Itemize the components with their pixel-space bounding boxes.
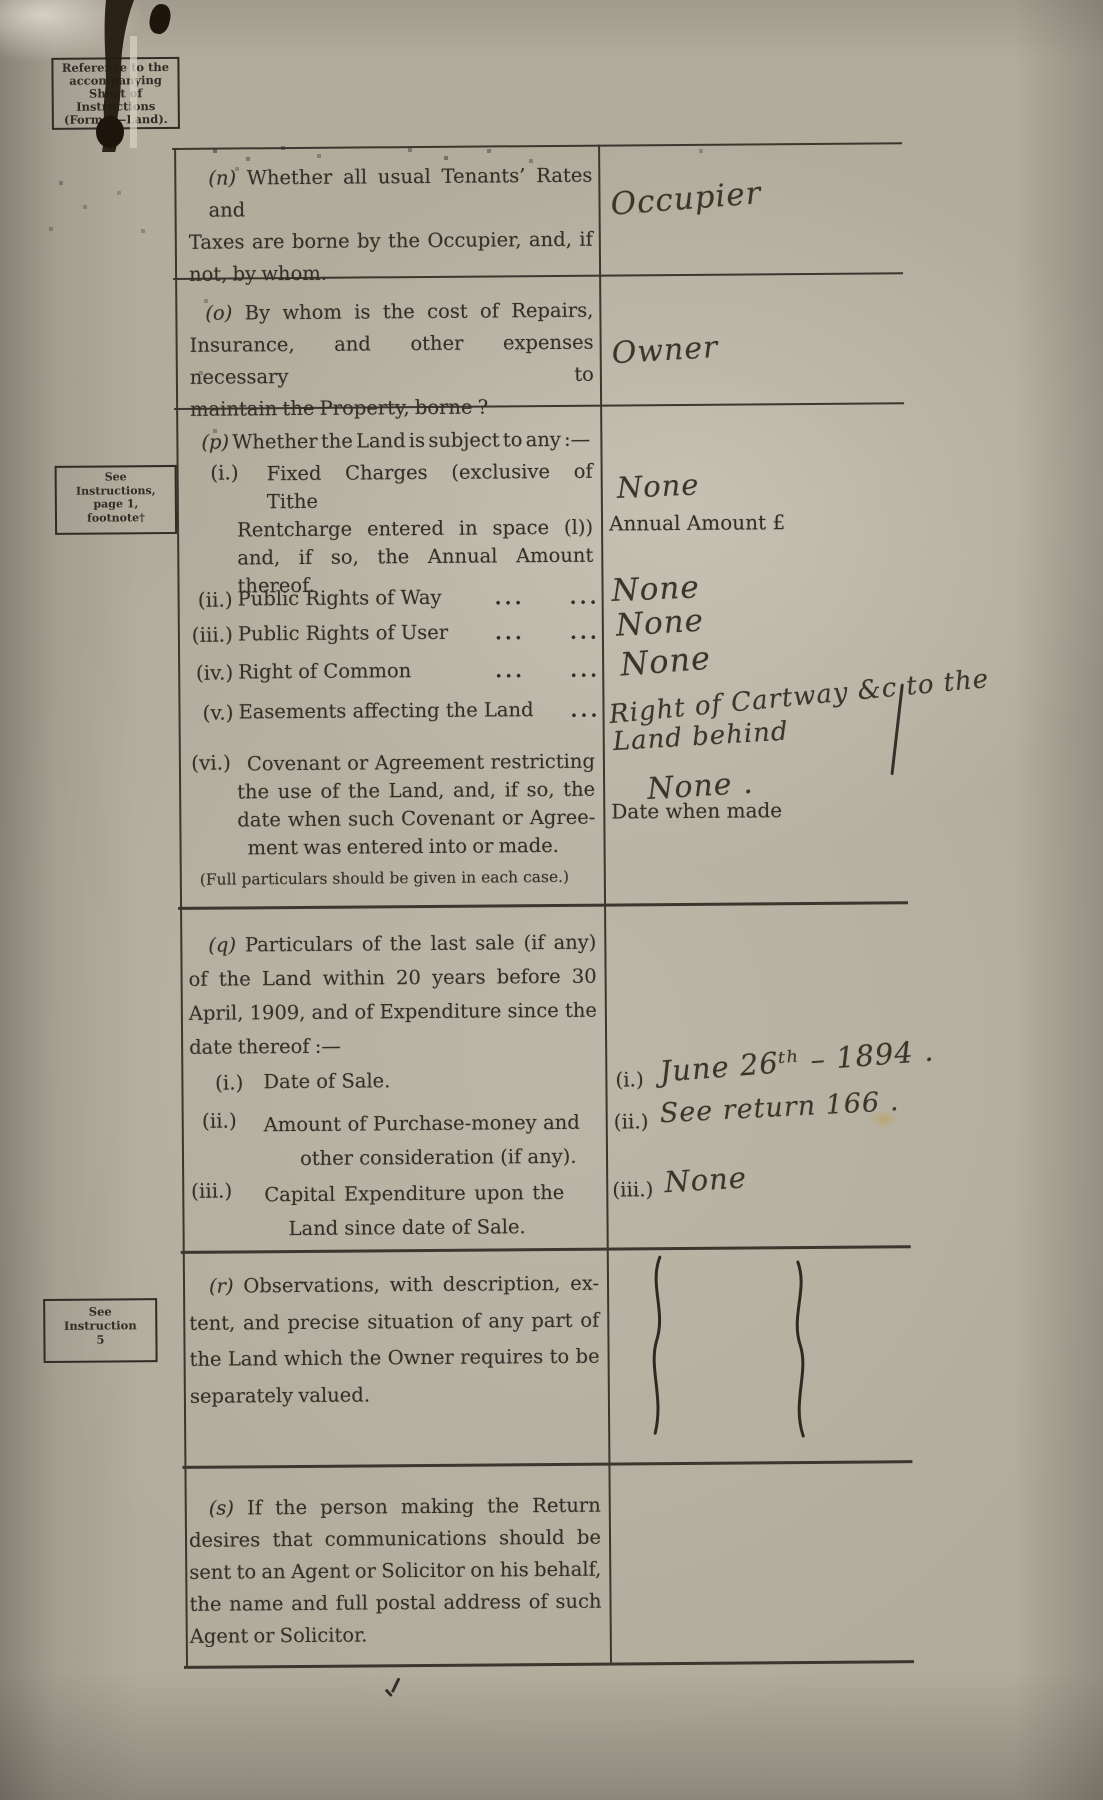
question-line: the Land which the Owner requires to be <box>189 1339 599 1379</box>
question-line: tent, and precise situation of any part … <box>189 1302 599 1342</box>
question-line: desires that communications should be <box>189 1522 601 1557</box>
question-s: (s) If the person making the Return desi… <box>189 1490 602 1653</box>
annual-amount-label: Annual Amount £ <box>609 510 785 535</box>
rule-r-s <box>182 1460 912 1469</box>
answer-q-iii-handwritten: None <box>663 1160 748 1199</box>
question-line: Insurance, and other expenses necessary … <box>190 327 594 394</box>
question-line: Agent or Solicitor. <box>190 1618 602 1653</box>
item-line: Covenant or Agreement restricting <box>237 748 595 779</box>
question-line: not, by whom. <box>189 256 593 291</box>
item-num: (ii.) <box>167 1108 237 1133</box>
item-line: the use of the Land, and, if so, the <box>237 776 595 807</box>
rule-bottom <box>184 1660 914 1669</box>
item-num: (vi.) <box>161 751 231 776</box>
q-answer-i-num: (i.) <box>615 1067 644 1091</box>
question-line: If the person making the Return <box>247 1494 601 1520</box>
answer-p-iii-handwritten: None <box>615 603 705 644</box>
q-answer-ii-num: (ii.) <box>614 1109 649 1133</box>
p-footnote: (Full particulars should be given in eac… <box>200 868 569 889</box>
answer-p-i-handwritten: None <box>616 467 700 505</box>
item-num: (iv.) <box>163 660 233 685</box>
scanned-form-page: Reference to the accompanying Sheet of I… <box>0 0 1103 1800</box>
paper-tear <box>86 0 150 152</box>
item-line: Fixed Charges (exclusive of Tithe <box>237 458 593 517</box>
item-num: (ii.) <box>163 587 233 612</box>
q-item-i-text: Date of Sale. <box>263 1069 390 1093</box>
rule-top <box>172 142 902 150</box>
item-num: (v.) <box>163 700 233 725</box>
item-line: and, if so, the Annual Amount <box>237 542 593 573</box>
p-item-ii-text: Public Rights of Way <box>238 586 442 611</box>
answer-o-handwritten: Owner <box>611 330 720 371</box>
margin-note-line: footnote† <box>57 510 175 524</box>
question-label: (n) <box>208 166 236 189</box>
p-item-iv-text: Right of Common <box>238 659 411 683</box>
question-p-intro: (p) Whether the Land is subject to any :… <box>201 428 590 454</box>
question-n: (n) Whether all usual Tenants’ Rates and… <box>188 160 593 291</box>
answer-q-i-handwritten: June 26ᵗʰ – 1894 . <box>658 1033 935 1088</box>
question-label: (o) <box>205 301 232 324</box>
leader-dots: ... <box>495 658 525 682</box>
p-item-iii-text: Public Rights of User <box>238 621 448 646</box>
leader-dots: ... <box>570 698 600 722</box>
question-label: (s) <box>209 1497 234 1520</box>
question-label: (r) <box>209 1275 234 1298</box>
margin-note-instructions-footnote: See Instructions, page 1, footnote† <box>55 465 178 535</box>
question-o: (o) By whom is the cost of Repairs, Insu… <box>189 295 594 426</box>
margin-note-line: 5 <box>45 1332 155 1347</box>
p-item-v-text: Easements affecting the Land <box>238 698 533 723</box>
question-line: Particulars of the last sale (if any) <box>245 931 597 957</box>
leader-dots: ... <box>495 585 525 609</box>
margin-note-line: See <box>45 1304 155 1319</box>
p-item-vi-text: Covenant or Agreement restricting the us… <box>237 748 596 863</box>
question-line: April, 1909, and of Expenditure since th… <box>189 994 597 1031</box>
question-label: (q) <box>208 933 236 956</box>
answer-p-iv-handwritten: None <box>619 639 712 684</box>
leader-dots: ... <box>570 658 600 682</box>
item-line: Rentcharge entered in space (l)) <box>237 514 593 545</box>
question-q: (q) Particulars of the last sale (if any… <box>188 926 597 1065</box>
pen-tick-mark <box>391 1677 401 1693</box>
q-answer-iii-num: (iii.) <box>612 1177 653 1201</box>
margin-note-line: See <box>57 470 175 484</box>
question-line: of the Land within 20 years before 30 <box>188 960 596 997</box>
answer-q-ii-handwritten: See return 166 . <box>659 1086 900 1129</box>
question-line: Observations, with description, ex- <box>243 1272 599 1298</box>
item-line: date when such Covenant or Agree- <box>237 804 595 835</box>
item-num: (iii.) <box>162 1179 232 1204</box>
question-line: Whether the Land is subject to any :— <box>232 428 590 454</box>
item-num: (iii.) <box>163 622 233 647</box>
question-line: By whom is the cost of Repairs, <box>245 299 594 325</box>
leader-dots: ... <box>495 620 525 644</box>
date-when-made-label: Date when made <box>611 798 782 823</box>
q-item-iii-text: Capital Expenditure upon the Land since … <box>264 1176 565 1246</box>
leader-dots: ... <box>570 585 600 609</box>
question-line: the name and full postal address of such <box>189 1586 601 1621</box>
answer-r-squiggle-marks <box>633 1250 835 1447</box>
question-line: Whether all usual Tenants’ Rates and <box>208 164 592 222</box>
question-line: date thereof :— <box>189 1028 597 1065</box>
question-line: sent to an Agent or Solicitor on his beh… <box>189 1554 601 1589</box>
question-label: (p) <box>201 431 229 454</box>
item-num: (i.) <box>173 1070 243 1095</box>
answer-n-handwritten: Occupier <box>609 175 762 223</box>
rule-p-q <box>178 901 908 910</box>
q-item-ii-text: Amount of Purchase-money and other consi… <box>264 1106 581 1176</box>
question-r: (r) Observations, with description, ex- … <box>189 1266 600 1415</box>
form-sheet: Reference to the accompanying Sheet of I… <box>0 0 1103 1800</box>
margin-note-line: page 1, <box>57 497 175 511</box>
margin-note-line: Instruction <box>45 1318 155 1333</box>
item-num: (i.) <box>169 460 239 485</box>
item-line: ment was entered into or made. <box>237 832 595 863</box>
question-line: maintain the Property, borne ? <box>190 391 594 426</box>
leader-dots: ... <box>570 620 600 644</box>
question-line: Taxes are borne by the Occupier, and, if <box>189 224 593 259</box>
p-item-i-text: Fixed Charges (exclusive of Tithe Rentch… <box>237 458 594 601</box>
question-line: separately valued. <box>190 1375 600 1415</box>
margin-note-instruction-5: See Instruction 5 <box>43 1298 157 1363</box>
margin-note-line: Instructions, <box>57 483 175 497</box>
paper-speckles <box>0 0 2 2</box>
paper-stain <box>870 1109 898 1129</box>
